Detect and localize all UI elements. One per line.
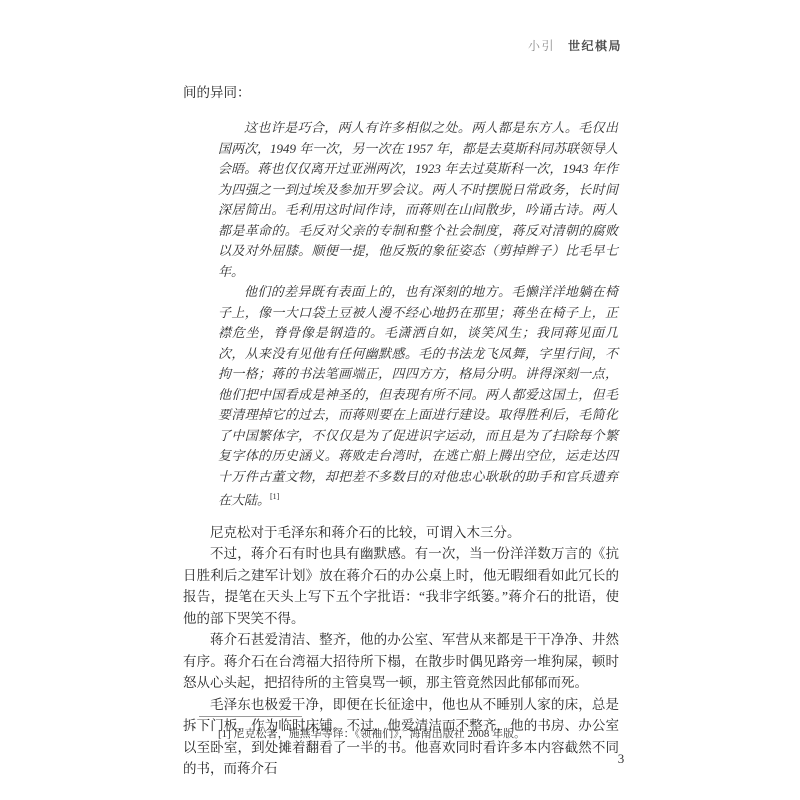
quote-paragraph-2: 他们的差异既有表面上的，也有深刻的地方。毛懒洋洋地躺在椅子上，像一大口袋土豆被人… xyxy=(218,282,618,511)
block-quote: 这也许是巧合，两人有许多相似之处。两人都是东方人。毛仅出国两次，1949 年一次… xyxy=(218,118,618,511)
footnote-text: [1] 尼克松著，施燕华等译：《领袖们》，海南出版社 2008 年版。 xyxy=(218,727,620,742)
body-paragraph-2: 不过，蒋介石有时也具有幽默感。有一次，当一份洋洋数万言的《抗日胜利后之建军计划》… xyxy=(183,543,619,629)
footnote-reference-marker: [1] xyxy=(270,492,279,501)
footnote-divider xyxy=(199,716,302,717)
text-column: 间的异同： 这也许是巧合，两人有许多相似之处。两人都是东方人。毛仅出国两次，19… xyxy=(183,82,619,780)
quote-paragraph-2-text: 他们的差异既有表面上的，也有深刻的地方。毛懒洋洋地躺在椅子上，像一大口袋土豆被人… xyxy=(218,284,618,507)
continuation-paragraph: 间的异同： xyxy=(183,82,619,103)
running-head: 小引世纪棋局 xyxy=(528,37,622,54)
quote-paragraph-1: 这也许是巧合，两人有许多相似之处。两人都是东方人。毛仅出国两次，1949 年一次… xyxy=(218,118,618,282)
page-number: 3 xyxy=(608,751,634,767)
running-head-chapter: 小引 xyxy=(528,39,555,53)
book-page: 小引世纪棋局 间的异同： 这也许是巧合，两人有许多相似之处。两人都是东方人。毛仅… xyxy=(0,0,800,800)
running-head-title: 世纪棋局 xyxy=(568,39,622,53)
body-paragraph-3: 蒋介石甚爱清洁、整齐，他的办公室、军营从来都是干干净净、井然有序。蒋介石在台湾福… xyxy=(183,629,619,694)
body-paragraph-1: 尼克松对于毛泽东和蒋介石的比较，可谓入木三分。 xyxy=(183,522,619,544)
